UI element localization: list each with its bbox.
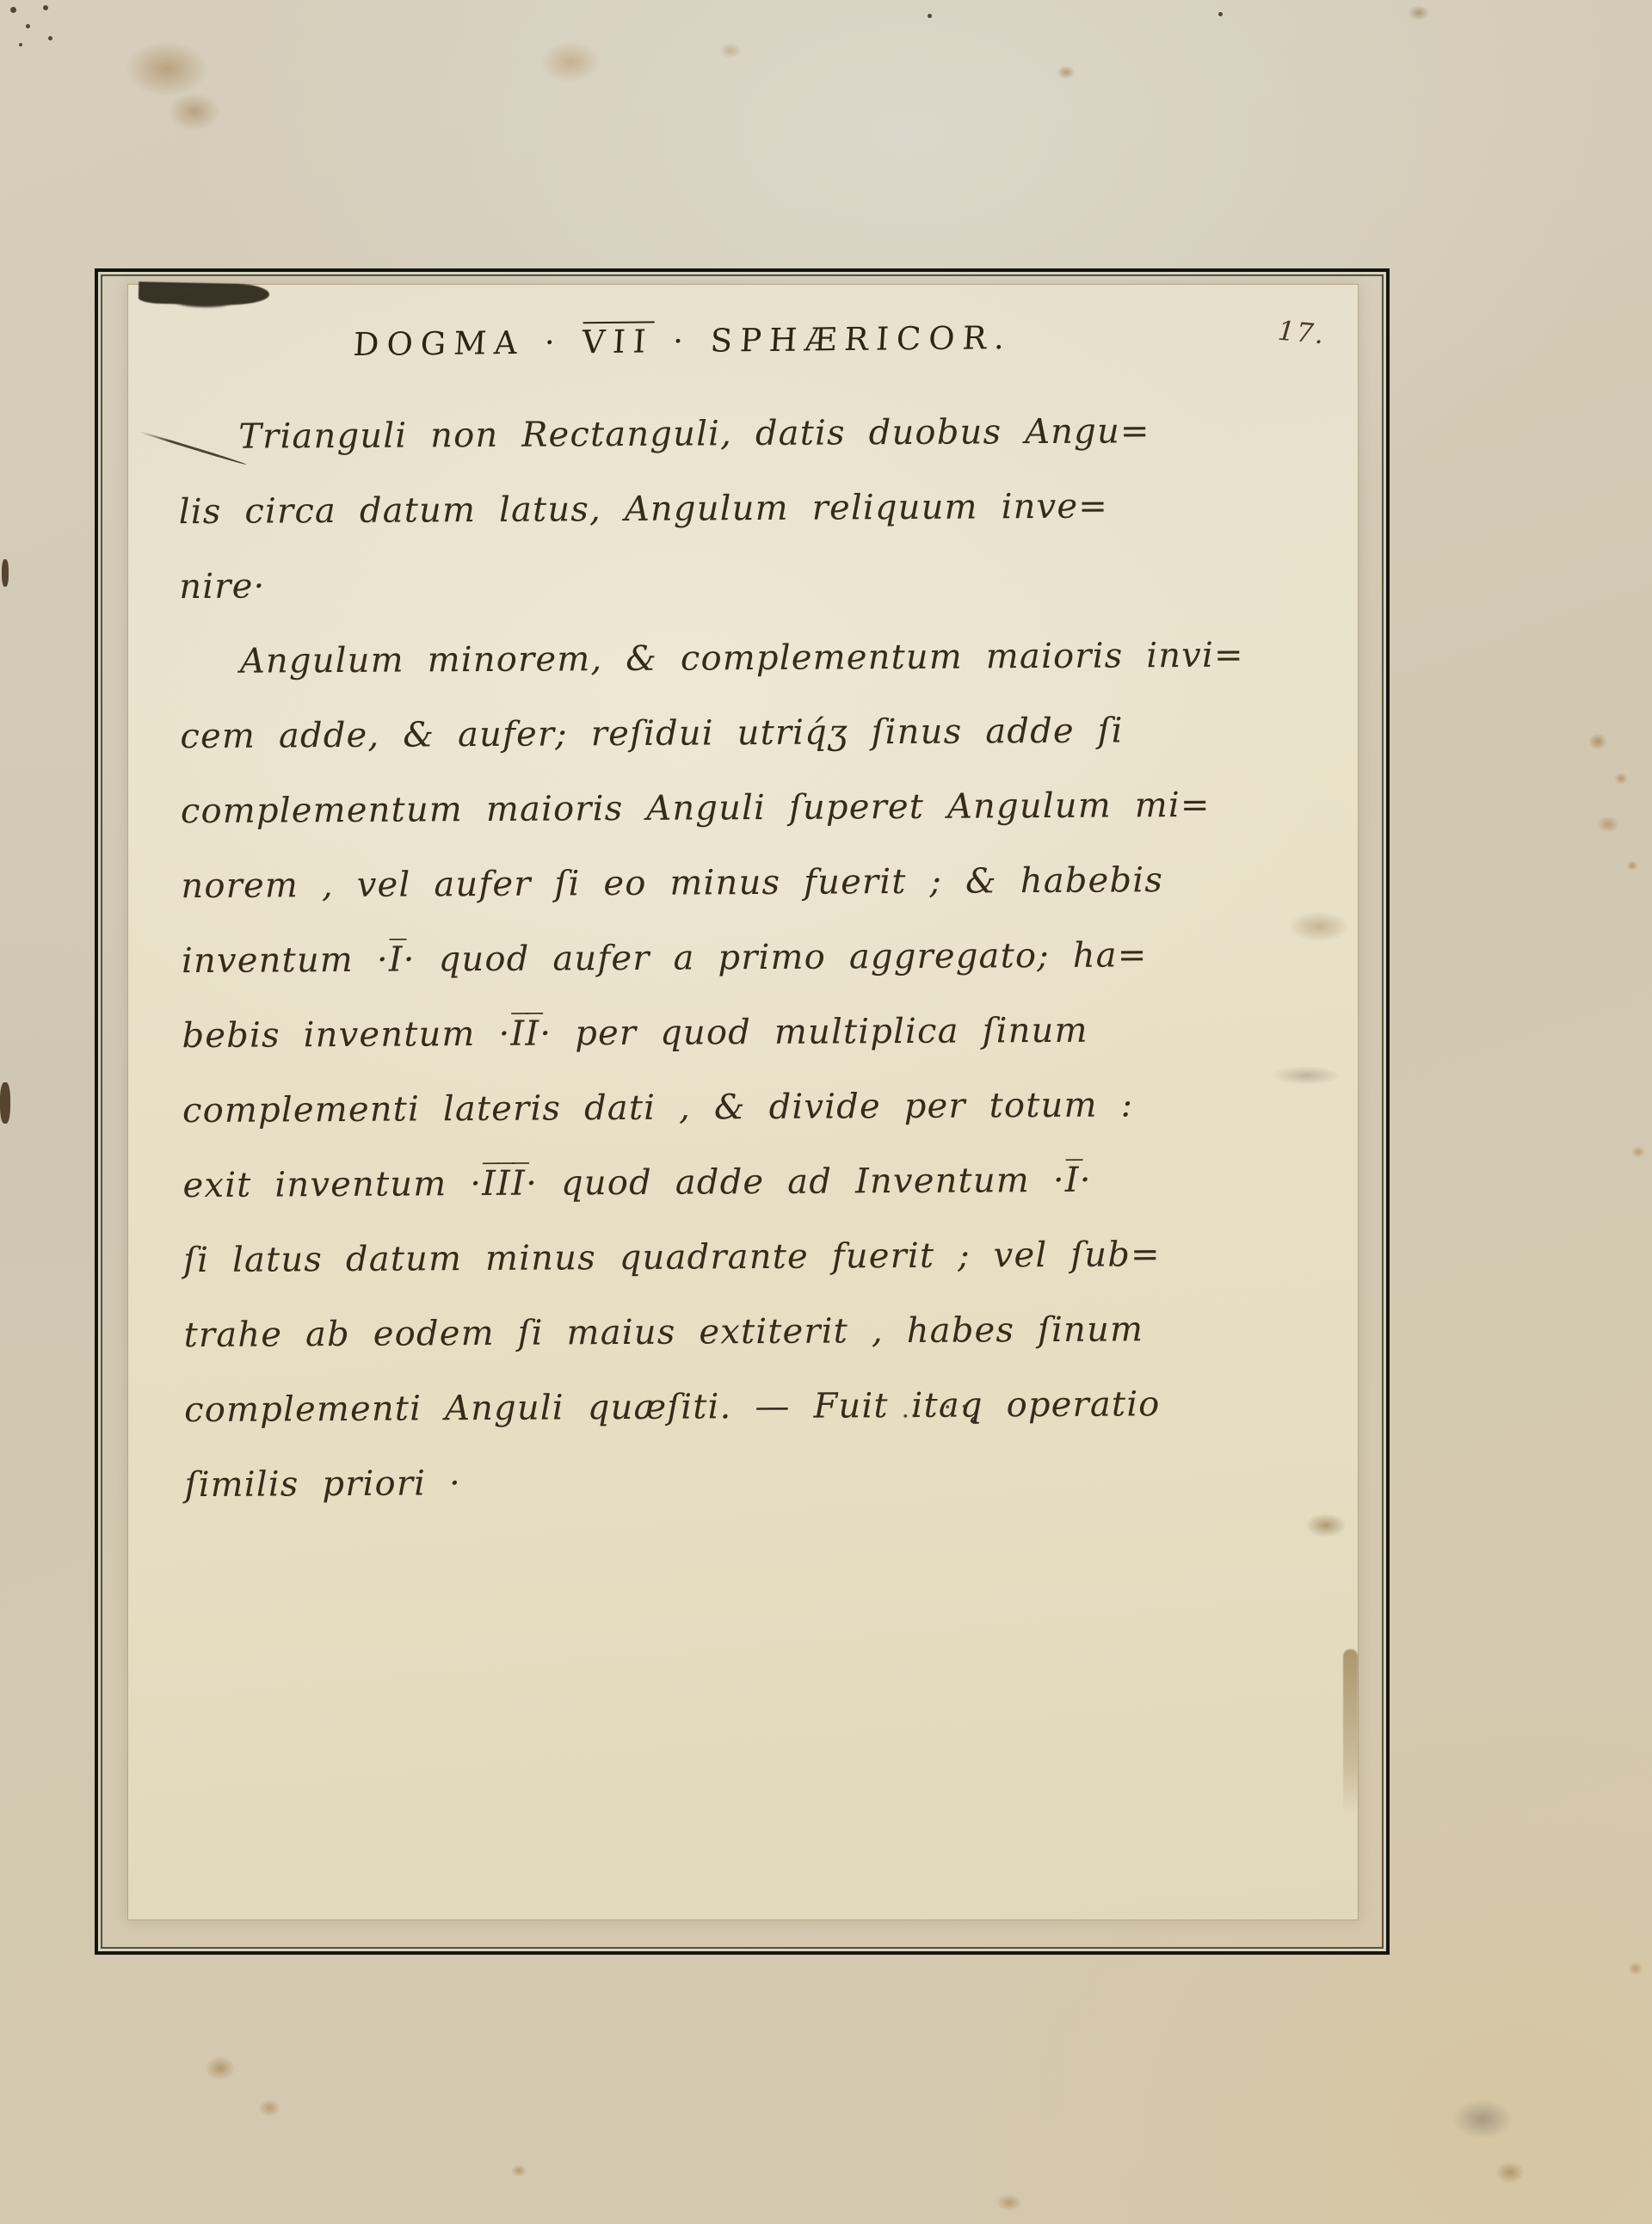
- stain: [126, 41, 208, 96]
- ink-speck: [43, 5, 48, 10]
- manuscript-line: ſi latus datum minus quadrante fuerit ; …: [183, 1217, 1351, 1298]
- foxing-spot: [511, 2165, 527, 2177]
- manuscript-line: complementum maioris Anguli ſuperet Angu…: [181, 767, 1348, 849]
- stain: [540, 41, 601, 83]
- smudge: [1452, 2099, 1513, 2139]
- ink-speck: [10, 7, 16, 13]
- foxing-spot: [1495, 2161, 1525, 2184]
- manuscript-line: Angulum minorem, & complementum maioris …: [240, 618, 1347, 699]
- ink-speck: [19, 43, 22, 46]
- edge-streak: [1343, 1649, 1358, 1813]
- foxing-spot: [1628, 1962, 1643, 1975]
- manuscript-line: ſimilis priori ·: [184, 1441, 1352, 1523]
- foxing-spot: [1588, 733, 1607, 750]
- manuscript-line: bebis inventum ·I̅I̅· per quod multiplic…: [182, 992, 1349, 1074]
- manuscript-line: norem , vel aufer ſi eo minus fuerit ; &…: [181, 842, 1348, 924]
- manuscript-line: exit inventum ·I̅I̅I̅· quod adde ad Inve…: [182, 1142, 1350, 1223]
- manuscript-sheet: DOGMA · VII · SPHÆRICOR. 17. Trianguli n…: [127, 284, 1359, 1920]
- ink-speck: [1218, 12, 1223, 16]
- foxing-spot: [1631, 1146, 1645, 1158]
- manuscript-line: complementi Anguli quæſiti. — Fuit itaq̨…: [184, 1366, 1352, 1448]
- foxing-spot: [205, 2056, 236, 2080]
- title-suffix: · SPHÆRICOR.: [672, 319, 1014, 360]
- manuscript-line: nire·: [179, 543, 1347, 625]
- ink-blot: [139, 281, 269, 305]
- manuscript-text: Trianguli non Rectanguli, datis duobus A…: [178, 393, 1352, 1523]
- manuscript-line: complementi lateris dati , & divide per …: [182, 1067, 1350, 1149]
- stain: [719, 43, 742, 59]
- ink-speck: [2, 559, 9, 587]
- foxing-spot: [1597, 816, 1619, 833]
- ink-speck: [48, 36, 52, 40]
- folio-number: 17.: [1276, 316, 1326, 351]
- foxing-spot: [258, 2099, 280, 2116]
- manuscript-line: trahe ab eodem ſi maius extiterit , habe…: [183, 1291, 1351, 1373]
- title-prefix: DOGMA ·: [352, 323, 563, 363]
- foxing-spot: [996, 2194, 1022, 2211]
- pen-marks: ‥ ··: [900, 1391, 977, 1424]
- foxing-spot: [1626, 860, 1638, 871]
- title-numeral: VII: [581, 323, 655, 360]
- ink-speck: [928, 14, 932, 18]
- ink-speck: [26, 24, 30, 28]
- ink-speck: [0, 1082, 10, 1124]
- manuscript-line: Trianguli non Rectanguli, datis duobus A…: [238, 393, 1346, 475]
- page-title: DOGMA · VII · SPHÆRICOR.: [352, 319, 1013, 363]
- smudge: [1305, 1513, 1347, 1537]
- album-page: DOGMA · VII · SPHÆRICOR. 17. Trianguli n…: [0, 0, 1652, 2224]
- stain: [1057, 65, 1076, 79]
- manuscript-line: cem adde, & aufer; reſidui utriq́ʒ ſinus…: [180, 693, 1347, 774]
- foxing-spot: [1408, 5, 1430, 21]
- stain: [169, 93, 220, 131]
- manuscript-line: inventum ·I̅· quod aufer a primo aggrega…: [182, 917, 1349, 999]
- foxing-spot: [1614, 773, 1628, 785]
- manuscript-line: lis circa datum latus, Angulum reliquum …: [179, 468, 1347, 550]
